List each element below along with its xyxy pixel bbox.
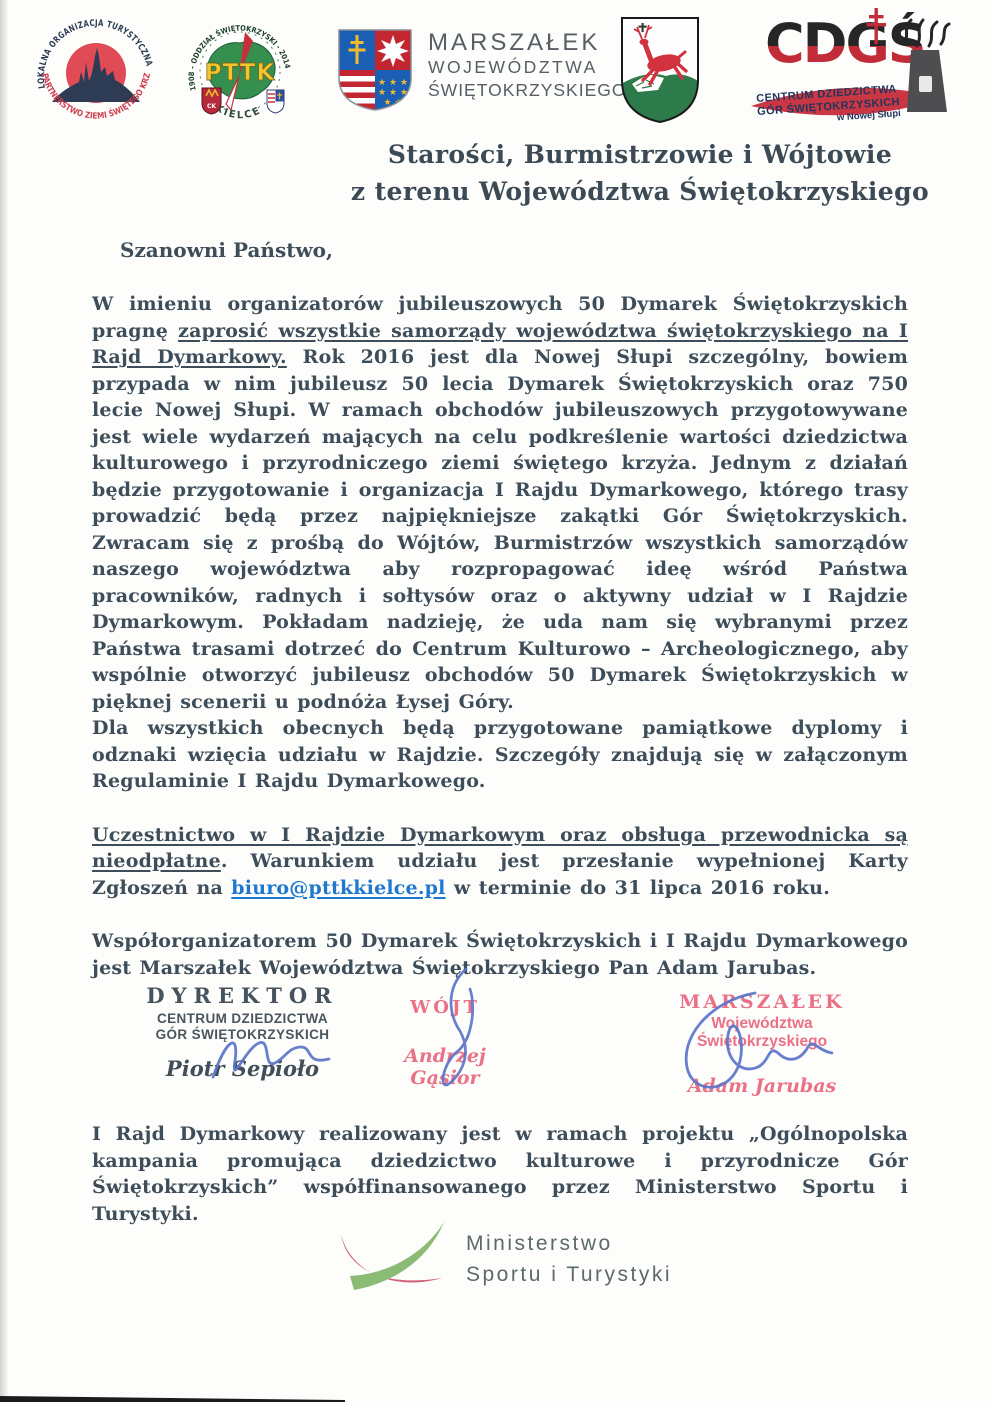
recipients-line2: z terenu Województwa Świętokrzyskiego <box>290 173 990 210</box>
cdgs-logo: CENTRUM DZIEDZICTWA GÓR ŚWIĘTOKRZYSKICH … <box>747 22 952 137</box>
ministry-logo: Ministerstwo Sportu i Turystyki <box>338 1220 672 1298</box>
nowa-slupia-shield-icon <box>618 14 702 126</box>
nowa-slupia-coat-of-arms <box>618 14 702 126</box>
lot-logo-icon: LOKALNA ORGANIZACJA TURYSTYCZNA PARTNERS… <box>30 12 162 144</box>
signature-marshal: MARSZAŁEK Województwa Świętokrzyskiego A… <box>647 991 877 1097</box>
director-org-stamp: CENTRUM DZIEDZICTWA GÓR ŚWIĘTOKRZYSKICH <box>135 1011 350 1042</box>
swietokrzyskie-coat-of-arms: ★★★ ★★★ ★★ <box>335 26 415 114</box>
email-link[interactable]: biuro@pttkkielce.pl <box>231 877 445 899</box>
greeting: Szanowni Państwo, <box>120 238 333 262</box>
pttk-acronym: PTTK <box>205 60 276 86</box>
svg-text:★: ★ <box>389 78 397 88</box>
text-segment: Rok 2016 jest dla Nowej Słupi szczególny… <box>92 346 908 713</box>
paragraph-coorganizer: Współorganizatorem 50 Dymarek Świętokrzy… <box>92 928 908 981</box>
wojt-title-stamp: WÓJT <box>375 997 515 1018</box>
pttk-left-shield: CK <box>202 88 221 114</box>
cdgs-chimney-icon <box>897 16 953 120</box>
marshal-office-wordmark: MARSZAŁEK WOJEWÓDZTWA ŚWIĘTOKRZYSKIEGO <box>428 30 627 102</box>
recipients-line1: Starości, Burmistrzowie i Wójtowie <box>290 136 990 173</box>
letter-page: LOKALNA ORGANIZACJA TURYSTYCZNA PARTNERS… <box>0 0 992 1402</box>
director-title-stamp: DYREKTOR <box>135 983 350 1008</box>
recipients-heading: Starości, Burmistrzowie i Wójtowie z ter… <box>290 136 990 210</box>
lot-partnerstwo-logo: LOKALNA ORGANIZACJA TURYSTYCZNA PARTNERS… <box>30 12 162 144</box>
director-org-line1: CENTRUM DZIEDZICTWA <box>135 1011 350 1027</box>
signature-director: DYREKTOR CENTRUM DZIEDZICTWA GÓR ŚWIĘTOK… <box>135 983 350 1081</box>
wojt-name-stamp: Andrzej Gąsior <box>375 1045 515 1089</box>
marshal-name-stamp: Adam Jarubas <box>647 1075 877 1097</box>
scan-edge-artifact <box>0 0 9 1402</box>
paragraph-participation: Uczestnictwo w I Rajdzie Dymarkowym oraz… <box>92 822 908 902</box>
pttk-right-shield <box>267 90 284 113</box>
director-name: Piotr Sepioło <box>135 1056 350 1081</box>
paragraph-diplomas: Dla wszystkich obecnych będą przygotowan… <box>92 715 908 795</box>
paragraph-invitation: W imieniu organizatorów jubileuszowych 5… <box>92 291 908 715</box>
ministry-swoosh-icon <box>338 1220 450 1298</box>
scan-bottom-artifact <box>0 1395 345 1402</box>
svg-text:★: ★ <box>400 78 408 88</box>
marshal-line1: MARSZAŁEK <box>428 30 627 56</box>
paragraph-project: I Rajd Dymarkowy realizowany jest w rama… <box>92 1121 908 1227</box>
signatures-section: DYREKTOR CENTRUM DZIEDZICTWA GÓR ŚWIĘTOK… <box>0 975 992 1125</box>
ministry-line2: Sportu i Turystyki <box>466 1259 672 1290</box>
svg-text:CK: CK <box>207 103 216 110</box>
cdgs-cross-icon <box>865 8 887 44</box>
svg-text:★: ★ <box>389 88 397 98</box>
marshal-subtitle-stamp: Województwa Świętokrzyskiego <box>647 1015 877 1051</box>
marshal-title-stamp: MARSZAŁEK <box>647 991 877 1013</box>
signature-wojt: WÓJT Andrzej Gąsior <box>375 997 515 1089</box>
text-segment: w terminie do 31 lipca 2016 roku. <box>446 877 830 899</box>
swietokrzyskie-shield-icon: ★★★ ★★★ ★★ <box>335 26 415 114</box>
svg-text:★: ★ <box>378 88 386 98</box>
letter-body: W imieniu organizatorów jubileuszowych 5… <box>92 291 908 981</box>
director-org-line2: GÓR ŚWIĘTOKRZYSKICH <box>135 1027 350 1043</box>
pttk-kielce-logo: PTTK 1908 - ODDZIAŁ ŚWIĘTOKRZYSKI - 2014… <box>182 16 298 134</box>
ministry-line1: Ministerstwo <box>466 1228 672 1259</box>
ministry-wordmark: Ministerstwo Sportu i Turystyki <box>466 1228 672 1290</box>
marshal-line2: WOJEWÓDZTWA <box>428 56 627 79</box>
svg-text:★: ★ <box>378 78 386 88</box>
pttk-logo-icon: PTTK 1908 - ODDZIAŁ ŚWIĘTOKRZYSKI - 2014… <box>182 16 298 134</box>
marshal-line3: ŚWIĘTOKRZYSKIEGO <box>428 79 627 102</box>
